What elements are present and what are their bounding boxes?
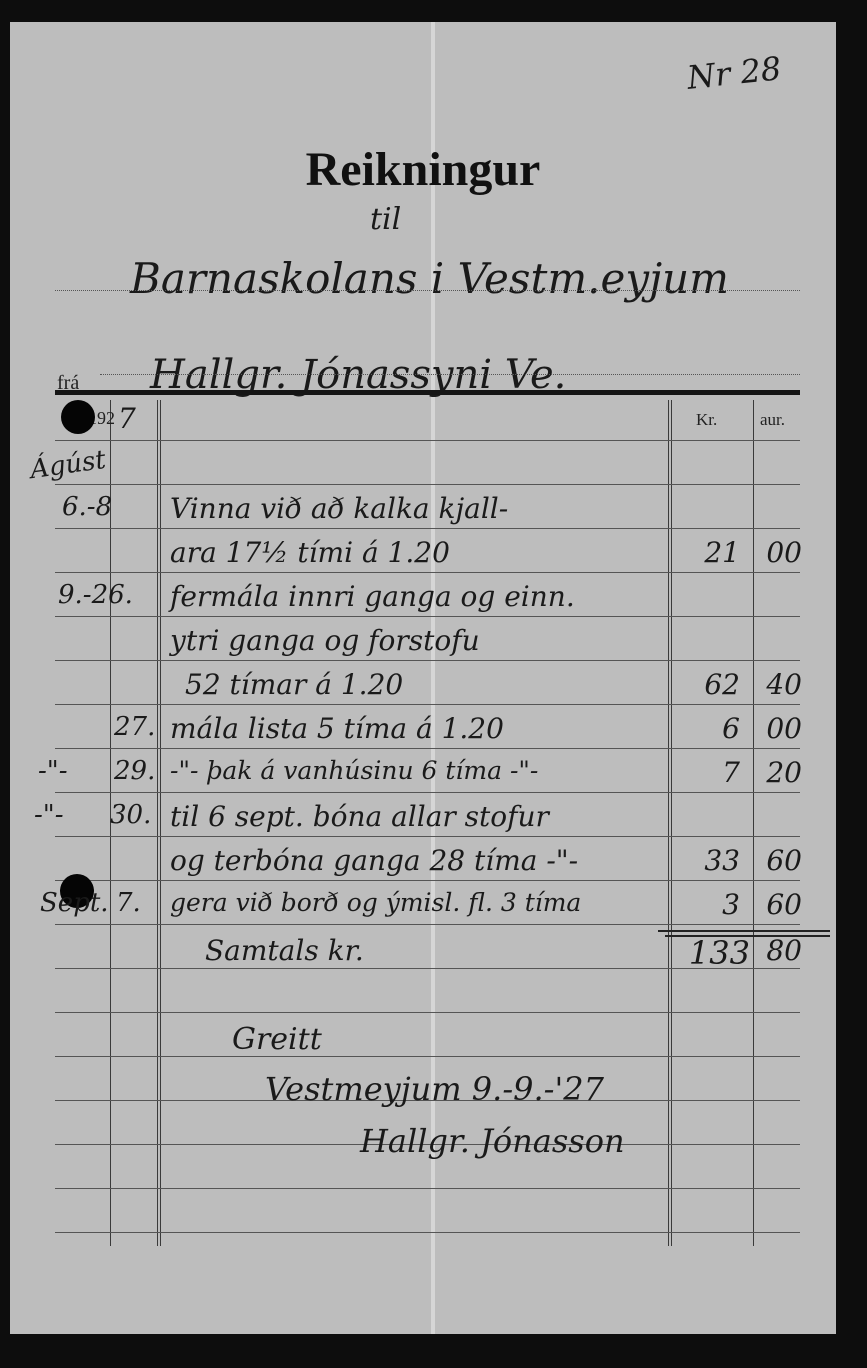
invoice-number: Nr 28 (685, 49, 783, 97)
ruled-line (55, 1188, 800, 1189)
desc-column-divider-b (160, 400, 161, 1246)
ruled-line (55, 704, 800, 705)
ruled-line (55, 572, 800, 573)
kr-column-divider-a (668, 400, 669, 1246)
row-7-desc: -"- þak á vanhúsinu 6 tíma -"- (170, 756, 538, 785)
row-7-month: -"- (38, 756, 68, 786)
paid-note: Greitt (232, 1022, 322, 1057)
row-2-aur: 00 (756, 536, 802, 569)
row-2-kr: 21 (672, 536, 740, 569)
ruled-line (55, 528, 800, 529)
row-7-kr: 7 (672, 756, 740, 789)
row-7-aur: 20 (756, 756, 802, 789)
row-3-day: 9.-26. (58, 580, 133, 610)
signature: Hallgr. Jónasson (360, 1122, 625, 1160)
ruled-line (55, 484, 800, 485)
row-9-desc: og terbóna ganga 28 tíma -"- (170, 844, 578, 877)
row-6-kr: 6 (672, 712, 740, 745)
desc-column-divider-a (157, 400, 158, 1246)
til-label: til (370, 202, 401, 237)
ruled-line (55, 748, 800, 749)
row-10-day: 7. (116, 888, 141, 918)
ruled-line (55, 880, 800, 881)
ruled-line (55, 836, 800, 837)
row-2-desc: ara 17½ tími á 1.20 (170, 536, 450, 569)
ruled-line (55, 440, 800, 441)
row-5-kr: 62 (672, 668, 740, 701)
recipient-dotted-line (55, 290, 800, 291)
row-8-desc: til 6 sept. bóna allar stofur (170, 800, 549, 833)
row-9-aur: 60 (756, 844, 802, 877)
total-aur: 80 (756, 934, 802, 967)
row-6-day: 27. (114, 712, 155, 742)
row-6-aur: 00 (756, 712, 802, 745)
row-10-month: Sept. (40, 888, 109, 918)
total-kr: 133 (662, 934, 750, 972)
ruled-line (55, 660, 800, 661)
invoice-paper: Nr 28 Reikningur til Barnaskolans i Vest… (10, 22, 836, 1334)
ruled-line (55, 1232, 800, 1233)
aur-column-divider (753, 400, 754, 1246)
row-8-month: -"- (34, 800, 64, 830)
row-8-day: 30. (110, 800, 151, 830)
aur-header: aur. (760, 410, 785, 430)
row-5-desc: 52 tímar á 1.20 (185, 668, 403, 701)
row-5-aur: 40 (756, 668, 802, 701)
header-rule (55, 390, 800, 395)
ruled-line (55, 1056, 800, 1057)
ruled-line (55, 616, 800, 617)
kr-header: Kr. (696, 410, 717, 430)
row-9-kr: 33 (672, 844, 740, 877)
sender-dotted-line (100, 374, 800, 375)
total-rule-a (658, 930, 830, 932)
row-6-desc: mála lista 5 tíma á 1.20 (170, 712, 504, 745)
row-1-desc: Vinna við að kalka kjall- (170, 492, 508, 525)
ruled-line (55, 1012, 800, 1013)
row-7-day: 29. (114, 756, 155, 786)
punch-hole-top (61, 400, 95, 434)
place-date: Vestmeyjum 9.-9.-'27 (265, 1070, 604, 1108)
ruled-line (55, 792, 800, 793)
row-4-desc: ytri ganga og forstofu (170, 624, 480, 657)
ruled-line (55, 924, 800, 925)
row-3-desc: fermála innri ganga og einn. (170, 580, 575, 613)
row-1-day: 6.-8 (62, 492, 112, 522)
row-10-desc: gera við borð og ýmisl. fl. 3 tíma (170, 888, 581, 917)
kr-column-divider-b (671, 400, 672, 1246)
row-10-kr: 3 (672, 888, 740, 921)
document-title: Reikningur (10, 142, 836, 197)
year-handwritten: 7 (118, 402, 136, 435)
row-10-aur: 60 (756, 888, 802, 921)
month-august: Ágúst (28, 445, 107, 485)
total-label: Samtals kr. (205, 934, 364, 967)
recipient-name: Barnaskolans i Vestm.eyjum (130, 254, 729, 303)
